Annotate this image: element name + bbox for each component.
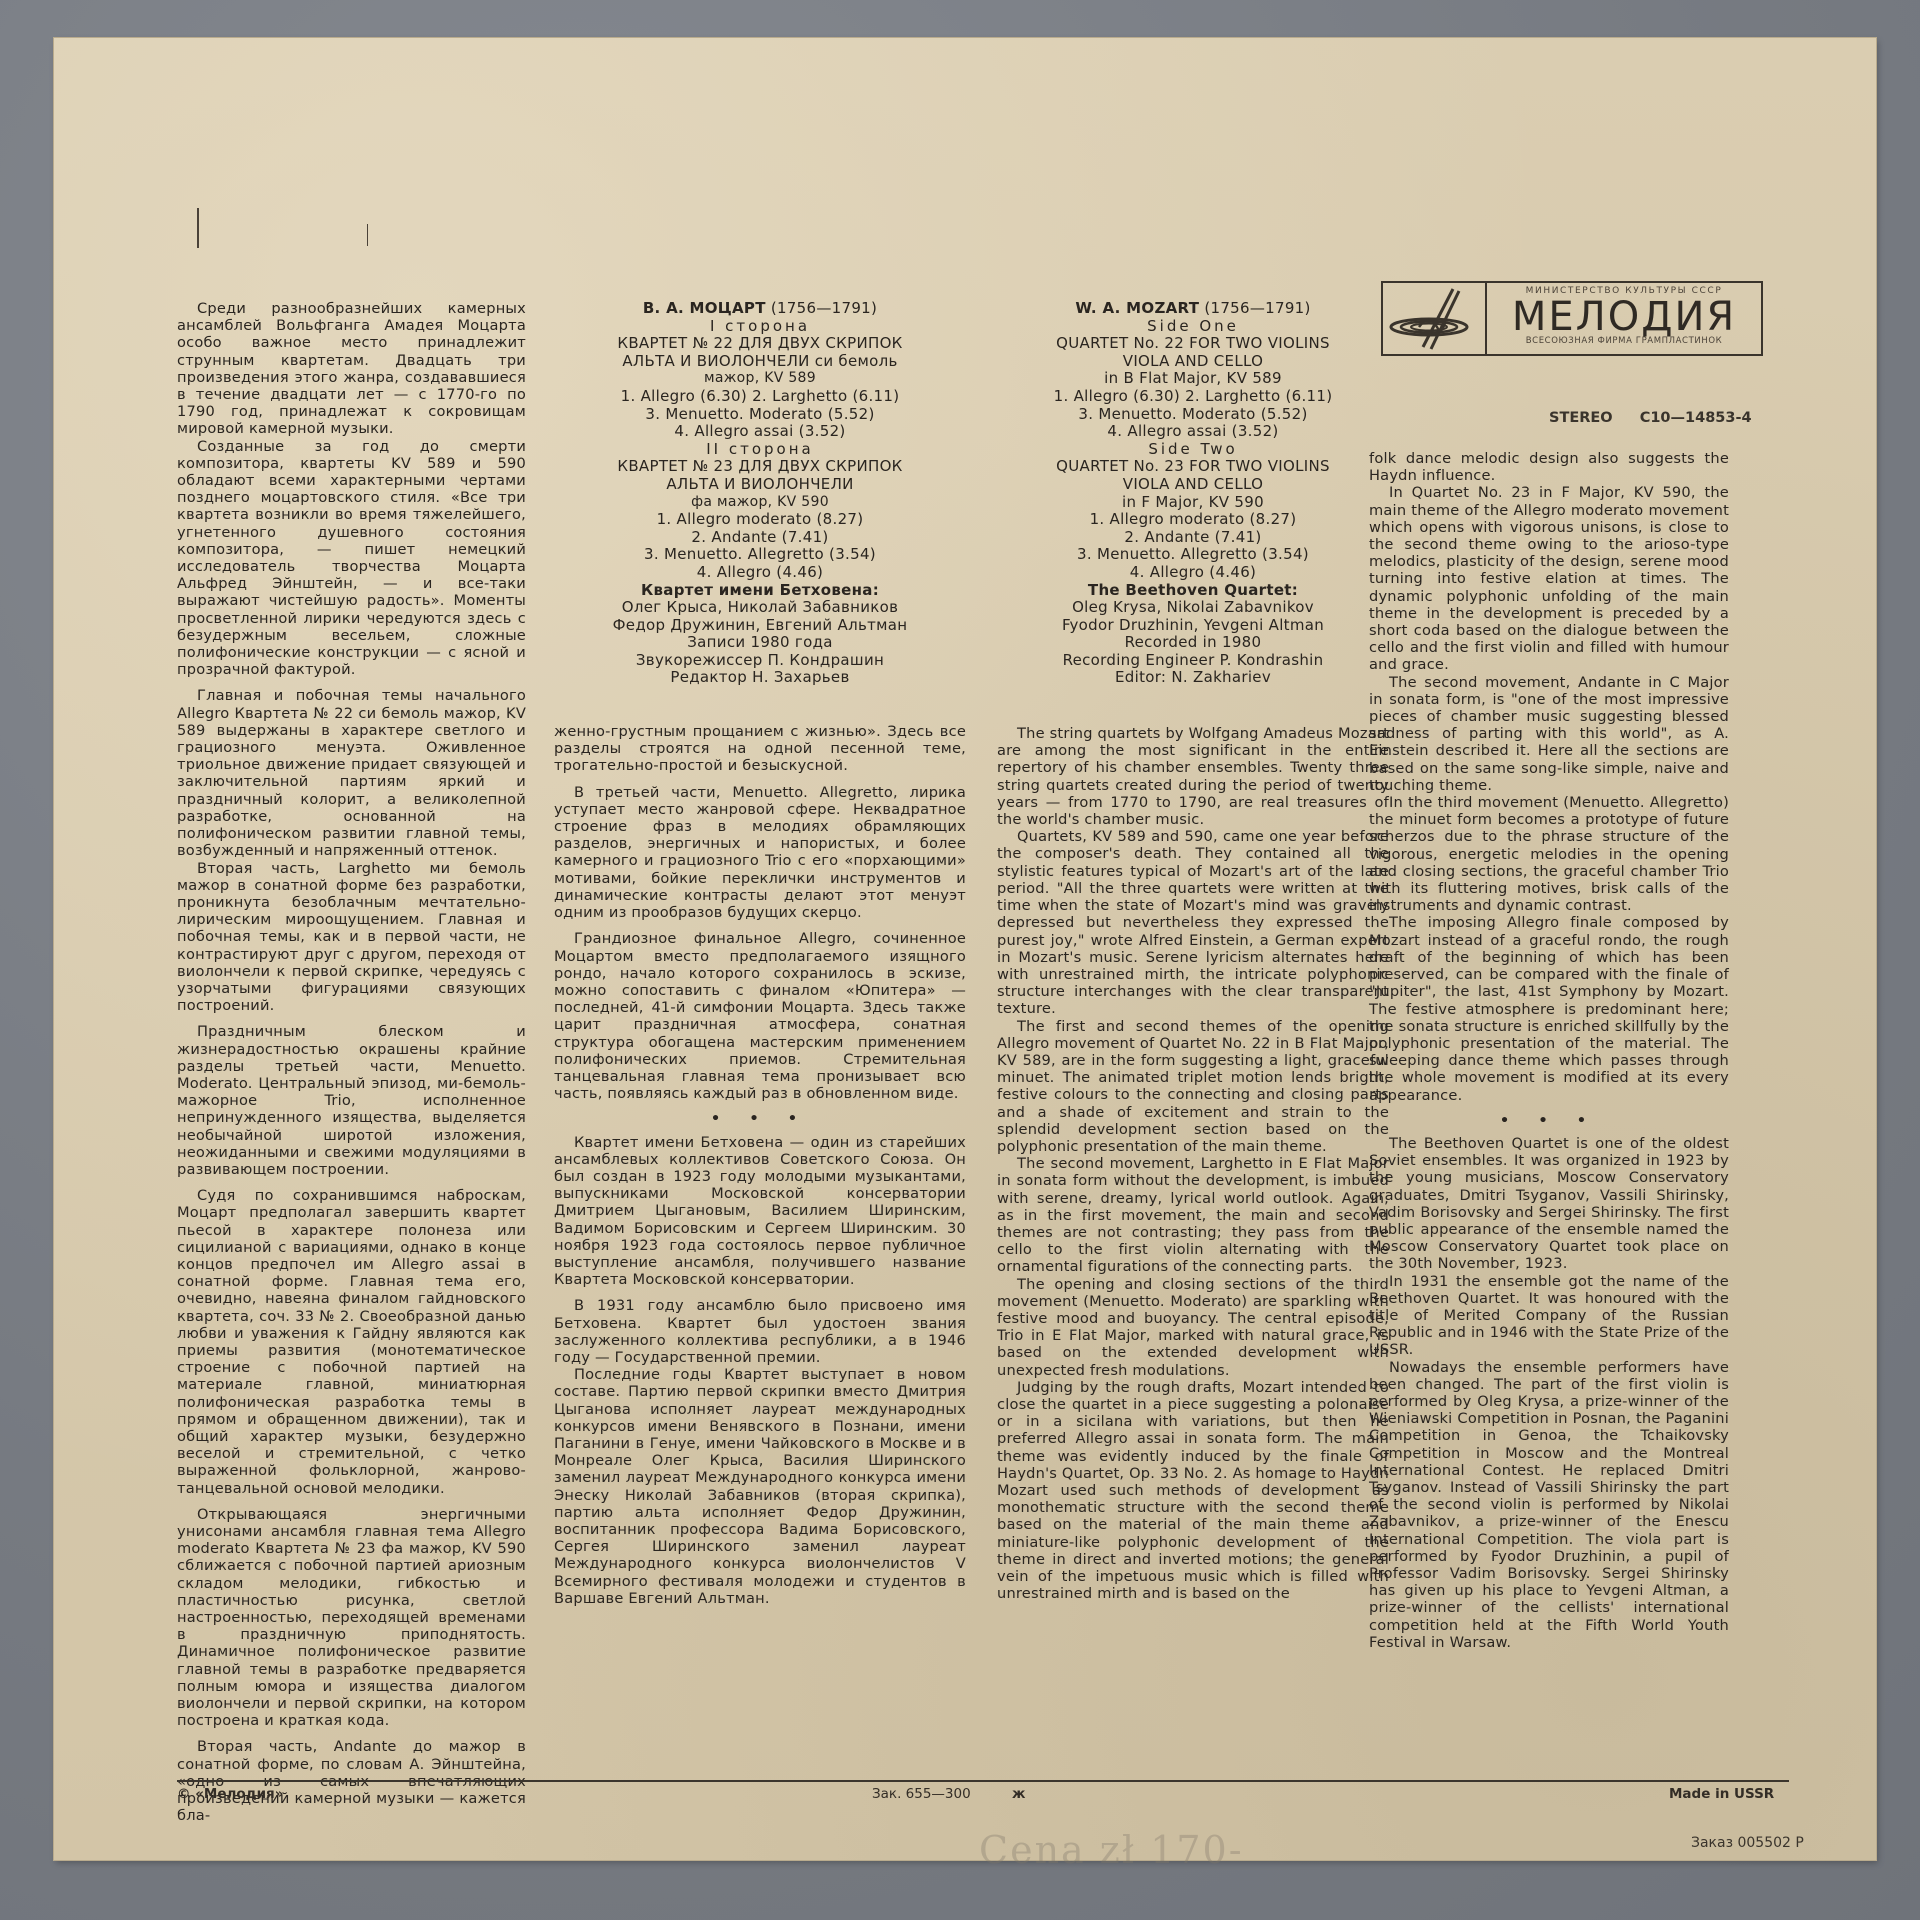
composer-years: (1756—1791) xyxy=(1204,299,1310,317)
paragraph: Вторая часть, Larghetto ми бемоль мажор … xyxy=(177,860,526,1015)
price-stamp: Cena zł 170- xyxy=(979,1828,1244,1872)
russian-notes-column-1: Среди разнообразнейших камерных ансамбле… xyxy=(177,300,526,1824)
section-separator: • • • xyxy=(1369,1112,1729,1129)
order-number: Заказ 005502 Р xyxy=(1691,1835,1804,1851)
firm-label: ВСЕСОЮЗНАЯ ФИРМА ГРАМПЛАСТИНОК xyxy=(1487,336,1761,346)
section-separator: • • • xyxy=(554,1110,966,1127)
paragraph: In 1931 the ensemble got the name of the… xyxy=(1369,1273,1729,1359)
paragraph: The first and second themes of the openi… xyxy=(997,1018,1389,1156)
side-label: II сторона xyxy=(554,441,966,459)
stereo-label: STEREO xyxy=(1549,410,1613,426)
composer-name: В. А. МОЦАРТ xyxy=(643,299,766,317)
paragraph: Грандиозное финальное Allegro, сочиненно… xyxy=(554,930,966,1102)
track-line: 2. Andante (7.41) xyxy=(554,529,966,547)
russian-credits-column: В. А. МОЦАРТ (1756—1791) I сторона КВАРТ… xyxy=(554,300,966,1607)
crop-mark xyxy=(367,224,368,246)
paragraph: In the third movement (Menuetto. Allegre… xyxy=(1369,794,1729,914)
paragraph: The opening and closing sections of the … xyxy=(997,1276,1389,1379)
work-title: КВАРТЕТ № 22 ДЛЯ ДВУХ СКРИПОК xyxy=(554,335,966,353)
russian-notes-column-2: женно-грустным прощанием с жизнью». Здес… xyxy=(554,723,966,1607)
track-line: 4. Allegro assai (3.52) xyxy=(997,423,1389,441)
members: Oleg Krysa, Nikolai Zabavnikov xyxy=(997,599,1389,617)
track-line: 1. Allegro moderato (8.27) xyxy=(997,511,1389,529)
paragraph: folk dance melodic design also suggests … xyxy=(1369,450,1729,484)
members: Fyodor Druzhinin, Yevgeni Altman xyxy=(997,617,1389,635)
track-line: 4. Allegro (4.46) xyxy=(997,564,1389,582)
paragraph: Judging by the rough drafts, Mozart inte… xyxy=(997,1379,1389,1603)
paragraph: Среди разнообразнейших камерных ансамбле… xyxy=(177,300,526,438)
crop-mark xyxy=(197,208,199,248)
recording-engineer: Recording Engineer P. Kondrashin xyxy=(997,652,1389,670)
track-line: 3. Menuetto. Moderato (5.52) xyxy=(554,406,966,424)
paragraph: Главная и побочная темы начального Alleg… xyxy=(177,687,526,859)
paragraph: The string quartets by Wolfgang Amadeus … xyxy=(997,725,1389,828)
work-title: QUARTET No. 23 FOR TWO VIOLINS xyxy=(997,458,1389,476)
ensemble-name: Квартет имени Бетховена: xyxy=(554,582,966,600)
composer-years: (1756—1791) xyxy=(771,299,877,317)
copyright: © «Мелодия» xyxy=(177,1786,283,1802)
footer-rule xyxy=(177,1780,1789,1782)
work-title: VIOLA AND CELLO xyxy=(997,353,1389,371)
paragraph: В 1931 году ансамблю было присвоено имя … xyxy=(554,1297,966,1366)
english-notes-column-2: folk dance melodic design also suggests … xyxy=(1369,450,1729,1651)
paragraph: The second movement, Andante in C Major … xyxy=(1369,674,1729,794)
russian-tracklist: В. А. МОЦАРТ (1756—1791) I сторона КВАРТ… xyxy=(554,300,966,687)
english-tracklist: W. A. MOZART (1756—1791) Side One QUARTE… xyxy=(997,300,1389,687)
track-line: 3. Menuetto. Allegretto (3.54) xyxy=(554,546,966,564)
recording-engineer: Звукорежиссер П. Кондрашин xyxy=(554,652,966,670)
made-in: Made in USSR xyxy=(1669,1786,1774,1802)
paragraph: В третьей части, Menuetto. Allegretto, л… xyxy=(554,784,966,922)
english-notes-column-1: The string quartets by Wolfgang Amadeus … xyxy=(997,725,1389,1602)
side-label: Side One xyxy=(997,318,1389,336)
paragraph: Последние годы Квартет выступает в новом… xyxy=(554,1366,966,1607)
track-line: 4. Allegro assai (3.52) xyxy=(554,423,966,441)
members: Федор Дружинин, Евгений Альтман xyxy=(554,617,966,635)
melodiya-emblem-icon xyxy=(1383,283,1487,354)
catalog-number: С10—14853-4 xyxy=(1640,410,1752,426)
record-sleeve-back: Среди разнообразнейших камерных ансамбле… xyxy=(54,38,1876,1860)
paragraph: Квартет имени Бетховена — один из старей… xyxy=(554,1134,966,1289)
work-title: КВАРТЕТ № 23 ДЛЯ ДВУХ СКРИПОК xyxy=(554,458,966,476)
work-title: АЛЬТА И ВИОЛОНЧЕЛИ си бемоль xyxy=(554,353,966,371)
side-label: Side Two xyxy=(997,441,1389,459)
paragraph: Праздничным блеском и жизнерадостностью … xyxy=(177,1023,526,1178)
composer-name: W. A. MOZART xyxy=(1075,299,1199,317)
paragraph: The second movement, Larghetto in E Flat… xyxy=(997,1155,1389,1275)
work-title: АЛЬТА И ВИОЛОНЧЕЛИ xyxy=(554,476,966,494)
work-key: in F Major, KV 590 xyxy=(997,494,1389,512)
editor: Editor: N. Zakhariev xyxy=(997,669,1389,687)
english-credits-column: W. A. MOZART (1756—1791) Side One QUARTE… xyxy=(997,300,1389,1602)
track-line: 3. Menuetto. Allegretto (3.54) xyxy=(997,546,1389,564)
recording-year: Recorded in 1980 xyxy=(997,634,1389,652)
track-line: 3. Menuetto. Moderato (5.52) xyxy=(997,406,1389,424)
brand-name: МЕЛОДИЯ xyxy=(1487,296,1761,338)
paragraph: Созданные за год до смерти композитора, … xyxy=(177,438,526,679)
work-title: QUARTET No. 22 FOR TWO VIOLINS xyxy=(997,335,1389,353)
paragraph: The imposing Allegro finale composed by … xyxy=(1369,914,1729,1103)
paragraph: женно-грустным прощанием с жизнью». Здес… xyxy=(554,723,966,775)
track-line: 1. Allegro moderato (8.27) xyxy=(554,511,966,529)
track-line: 1. Allegro (6.30) 2. Larghetto (6.11) xyxy=(997,388,1389,406)
side-label: I сторона xyxy=(554,318,966,336)
paragraph: Quartets, KV 589 and 590, came one year … xyxy=(997,828,1389,1017)
paragraph: The Beethoven Quartet is one of the olde… xyxy=(1369,1135,1729,1273)
track-line: 2. Andante (7.41) xyxy=(997,529,1389,547)
paragraph: Nowadays the ensemble performers have be… xyxy=(1369,1359,1729,1651)
catalog-info: STEREO С10—14853-4 xyxy=(1549,410,1752,426)
ensemble-name: The Beethoven Quartet: xyxy=(997,582,1389,600)
work-key: мажор, KV 589 xyxy=(554,370,966,388)
printer-mark: ж xyxy=(1012,1786,1025,1802)
track-line: 4. Allegro (4.46) xyxy=(554,564,966,582)
paragraph: In Quartet No. 23 in F Major, KV 590, th… xyxy=(1369,484,1729,673)
work-title: VIOLA AND CELLO xyxy=(997,476,1389,494)
recording-year: Записи 1980 года xyxy=(554,634,966,652)
melodiya-logo: МИНИСТЕРСТВО КУЛЬТУРЫ СССР МЕЛОДИЯ ВСЕСО… xyxy=(1381,281,1763,356)
track-line: 1. Allegro (6.30) 2. Larghetto (6.11) xyxy=(554,388,966,406)
paragraph: Судя по сохранившимся наброскам, Моцарт … xyxy=(177,1187,526,1497)
members: Олег Крыса, Николай Забавников xyxy=(554,599,966,617)
print-order: Зак. 655—300 xyxy=(872,1786,971,1802)
paragraph: Открывающаяся энергичными унисонами анса… xyxy=(177,1506,526,1730)
editor: Редактор Н. Захарьев xyxy=(554,669,966,687)
work-key: in B Flat Major, KV 589 xyxy=(997,370,1389,388)
work-key: фа мажор, KV 590 xyxy=(554,494,966,512)
